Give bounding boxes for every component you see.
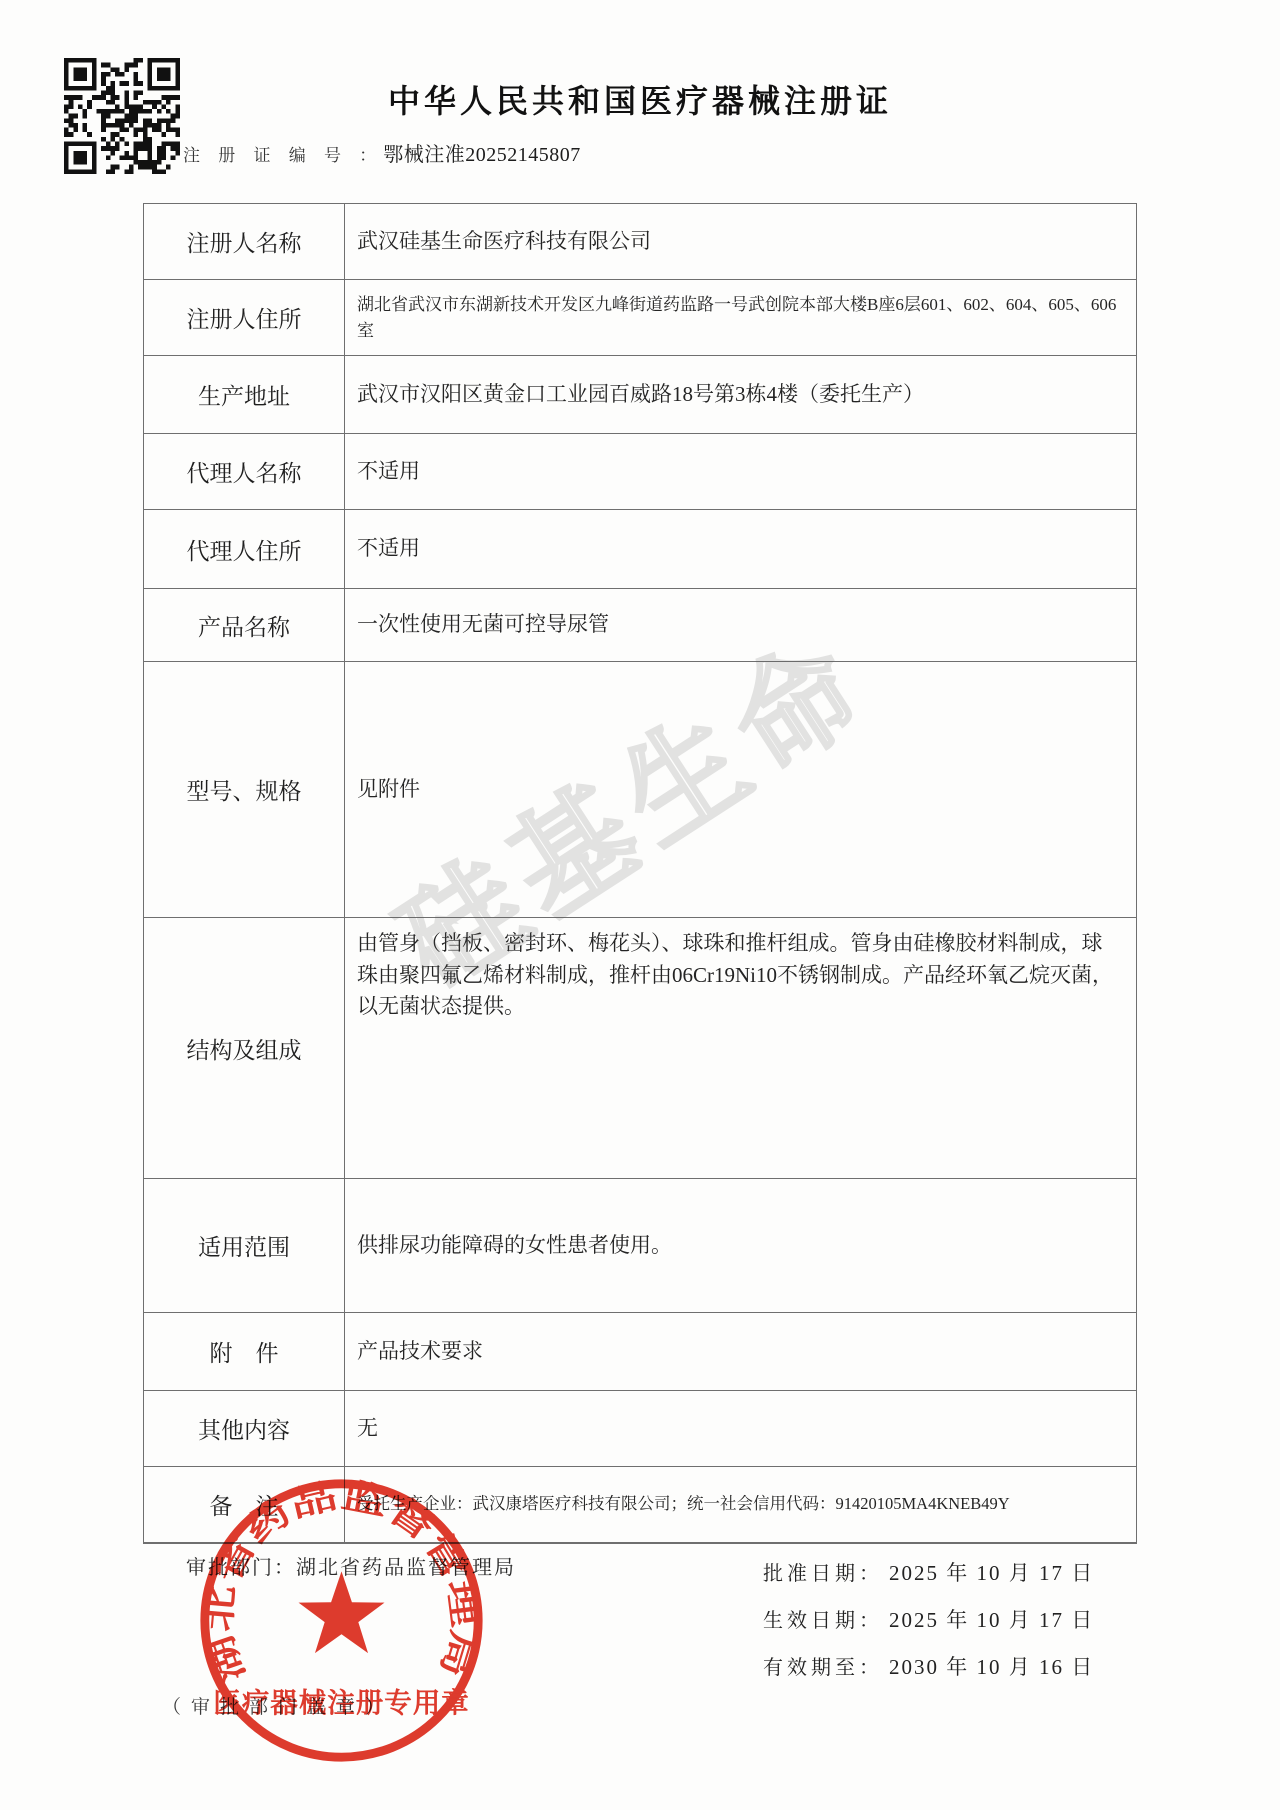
row-label: 注册人住所: [144, 280, 345, 355]
effective-date-value: 2025 年 10 月 17 日: [889, 1604, 1094, 1634]
row-label: 生产地址: [144, 356, 345, 433]
registration-number-label: 注 册 证 编 号 ：: [183, 146, 383, 165]
table-row-structure-composition: 结构及组成 由管身（挡板、密封环、梅花头）、球珠和推杆组成。管身由硅橡胶材料制成…: [144, 918, 1136, 1179]
date-block: 批准日期： 2025 年 10 月 17 日 生效日期： 2025 年 10 月…: [763, 1548, 1143, 1689]
table-row-attachment: 附 件 产品技术要求: [144, 1313, 1136, 1391]
table-row-registrant-address: 注册人住所 湖北省武汉市东湖新技术开发区九峰街道药监路一号武创院本部大楼B座6层…: [144, 280, 1136, 356]
row-value: 由管身（挡板、密封环、梅花头）、球珠和推杆组成。管身由硅橡胶材料制成，球珠由聚四…: [345, 918, 1136, 1178]
registration-number-line: 注 册 证 编 号 ：鄂械注准20252145807: [183, 138, 581, 167]
table-row-scope-of-use: 适用范围 供排尿功能障碍的女性患者使用。: [144, 1179, 1136, 1313]
row-value: 供排尿功能障碍的女性患者使用。: [345, 1179, 1136, 1312]
row-label: 结构及组成: [144, 918, 345, 1178]
stamp-bottom-text: 医疗器械注册专用章: [213, 1687, 470, 1718]
row-label: 型号、规格: [144, 662, 345, 917]
effective-date-line: 生效日期： 2025 年 10 月 17 日: [763, 1595, 1143, 1642]
table-row-agent-address: 代理人住所 不适用: [144, 510, 1136, 589]
certificate-table: 注册人名称 武汉硅基生命医疗科技有限公司 注册人住所 湖北省武汉市东湖新技术开发…: [143, 203, 1137, 1544]
table-row-production-address: 生产地址 武汉市汉阳区黄金口工业园百威路18号第3栋4楼（委托生产）: [144, 356, 1136, 434]
expiry-date-line: 有效期至： 2030 年 10 月 16 日: [763, 1642, 1143, 1689]
row-label: 适用范围: [144, 1179, 345, 1312]
row-label: 附 件: [144, 1313, 345, 1390]
row-label: 注册人名称: [144, 204, 345, 279]
table-row-model-spec: 型号、规格 见附件: [144, 662, 1136, 918]
stamp-star: [299, 1571, 385, 1653]
table-row-registrant-name: 注册人名称 武汉硅基生命医疗科技有限公司: [144, 204, 1136, 280]
approve-date-line: 批准日期： 2025 年 10 月 17 日: [763, 1548, 1143, 1595]
row-label: 代理人住所: [144, 510, 345, 588]
expiry-date-value: 2030 年 10 月 16 日: [889, 1651, 1094, 1681]
row-label: 产品名称: [144, 589, 345, 661]
row-value: 无: [345, 1391, 1136, 1466]
approve-date-value: 2025 年 10 月 17 日: [889, 1557, 1094, 1587]
expiry-date-label: 有效期至：: [763, 1651, 883, 1680]
row-value: 不适用: [345, 434, 1136, 509]
table-row-product-name: 产品名称 一次性使用无菌可控导尿管: [144, 589, 1136, 662]
row-value: 见附件: [345, 662, 1136, 917]
row-value: 武汉硅基生命医疗科技有限公司: [345, 204, 1136, 279]
approve-date-label: 批准日期：: [763, 1557, 883, 1586]
official-stamp: 湖北省药品监督管理局 医疗器械注册专用章: [194, 1473, 489, 1768]
table-row-other-content: 其他内容 无: [144, 1391, 1136, 1467]
row-value: 湖北省武汉市东湖新技术开发区九峰街道药监路一号武创院本部大楼B座6层601、60…: [345, 280, 1136, 355]
effective-date-label: 生效日期：: [763, 1604, 883, 1633]
row-value: 不适用: [345, 510, 1136, 588]
certificate-page: 中华人民共和国医疗器械注册证 注 册 证 编 号 ：鄂械注准2025214580…: [0, 0, 1280, 1810]
row-label: 其他内容: [144, 1391, 345, 1466]
row-value: 武汉市汉阳区黄金口工业园百威路18号第3栋4楼（委托生产）: [345, 356, 1136, 433]
registration-number-value: 鄂械注准20252145807: [383, 144, 581, 166]
table-row-agent-name: 代理人名称 不适用: [144, 434, 1136, 510]
row-value: 产品技术要求: [345, 1313, 1136, 1390]
row-value: 一次性使用无菌可控导尿管: [345, 589, 1136, 661]
row-label: 代理人名称: [144, 434, 345, 509]
certificate-title: 中华人民共和国医疗器械注册证: [0, 76, 1280, 122]
